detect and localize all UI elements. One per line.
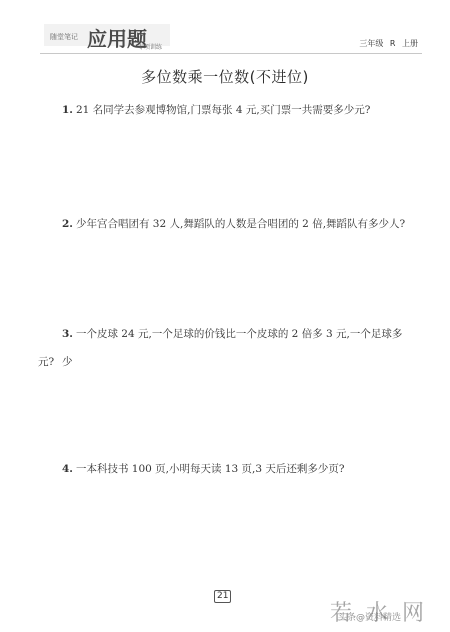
page-number: 21 (214, 590, 231, 603)
question-text: 少年宫合唱团有 32 人,舞蹈队的人数是合唱团的 2 倍,舞蹈队有多少人? (76, 218, 405, 230)
question-text-continuation: 元? (38, 348, 54, 376)
question-4: 4.一本科技书 100 页,小明每天读 13 页,3 天后还剩多少页? (62, 455, 407, 483)
question-number: 2. (62, 218, 73, 230)
header-pre-text: 随堂笔记 (50, 32, 78, 42)
question-number: 4. (62, 463, 73, 475)
question-2: 2.少年宫合唱团有 32 人,舞蹈队的人数是合唱团的 2 倍,舞蹈队有多少人? (62, 210, 407, 238)
page-header: 随堂笔记 应用题 专项训练 三年级 R 上册 (40, 20, 422, 56)
header-post-text: 专项训练 (138, 42, 162, 51)
question-1: 1.21 名同学去参观博物馆,门票每张 4 元,买门票一共需要多少元? (62, 96, 407, 124)
question-3: 3.一个皮球 24 元,一个足球的价钱比一个皮球的 2 倍多 3 元,一个足球多… (62, 320, 407, 376)
page-title: 多位数乘一位数(不进位) (0, 66, 450, 87)
question-text: 一本科技书 100 页,小明每天读 13 页,3 天后还剩多少页? (76, 463, 345, 475)
question-number: 1. (62, 104, 73, 116)
question-text: 一个皮球 24 元,一个足球的价钱比一个皮球的 2 倍多 3 元,一个足球多少 (62, 328, 402, 368)
watermark-caption: 头条@资料精选 (338, 610, 401, 623)
grade-label: 三年级 R 上册 (359, 38, 418, 49)
watermark: 若水网 头条@资料精选 (330, 596, 442, 626)
question-number: 3. (62, 328, 73, 340)
question-text: 21 名同学去参观博物馆,门票每张 4 元,买门票一共需要多少元? (76, 104, 370, 116)
header-divider (40, 53, 422, 54)
